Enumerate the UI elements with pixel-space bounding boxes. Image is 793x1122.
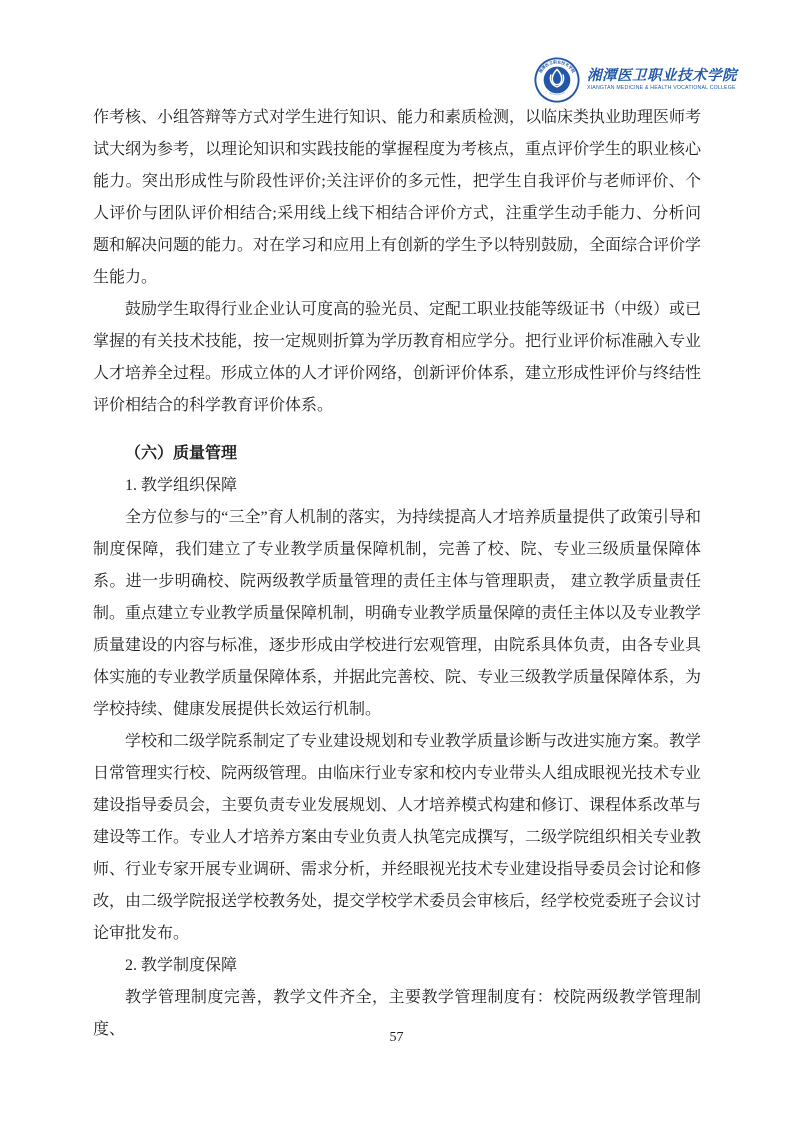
sub-heading: 2. 教学制度保障 — [93, 950, 701, 982]
college-name-zh: 湘潭医卫职业技术学院 — [587, 68, 737, 85]
body-paragraph: 作考核、小组答辩等方式对学生进行知识、能力和素质检测，以临床类执业助理医师考试大… — [93, 102, 701, 294]
college-name-en: XIANGTAN MEDICINE & HEALTH VOCATIONAL CO… — [587, 86, 737, 92]
college-logo-text: 湘潭医卫职业技术学院 XIANGTAN MEDICINE & HEALTH VO… — [587, 68, 737, 93]
body-paragraph: 学校和二级学院系制定了专业建设规划和专业教学质量诊断与改进实施方案。教学日常管理… — [93, 726, 701, 950]
section-heading: （六）质量管理 — [93, 438, 701, 470]
sub-heading: 1. 教学组织保障 — [93, 470, 701, 502]
body-paragraph: 鼓励学生取得行业企业认可度高的验光员、定配工职业技能等级证书（中级）或已掌握的有… — [93, 294, 701, 422]
body-paragraph: 全方位参与的“三全”育人机制的落实，为持续提高人才培养质量提供了政策引导和制度保… — [93, 502, 701, 726]
page-number: 57 — [0, 1030, 793, 1046]
document-body: 作考核、小组答辩等方式对学生进行知识、能力和素质检测，以临床类执业助理医师考试大… — [93, 102, 701, 1046]
college-logo: 湘潭医卫职业技术学院 MEDICINE & HEALTH 湘潭医卫职业技术学院 … — [534, 57, 737, 103]
college-emblem-icon: 湘潭医卫职业技术学院 MEDICINE & HEALTH — [534, 57, 580, 103]
document-page: 湘潭医卫职业技术学院 MEDICINE & HEALTH 湘潭医卫职业技术学院 … — [0, 0, 793, 1122]
